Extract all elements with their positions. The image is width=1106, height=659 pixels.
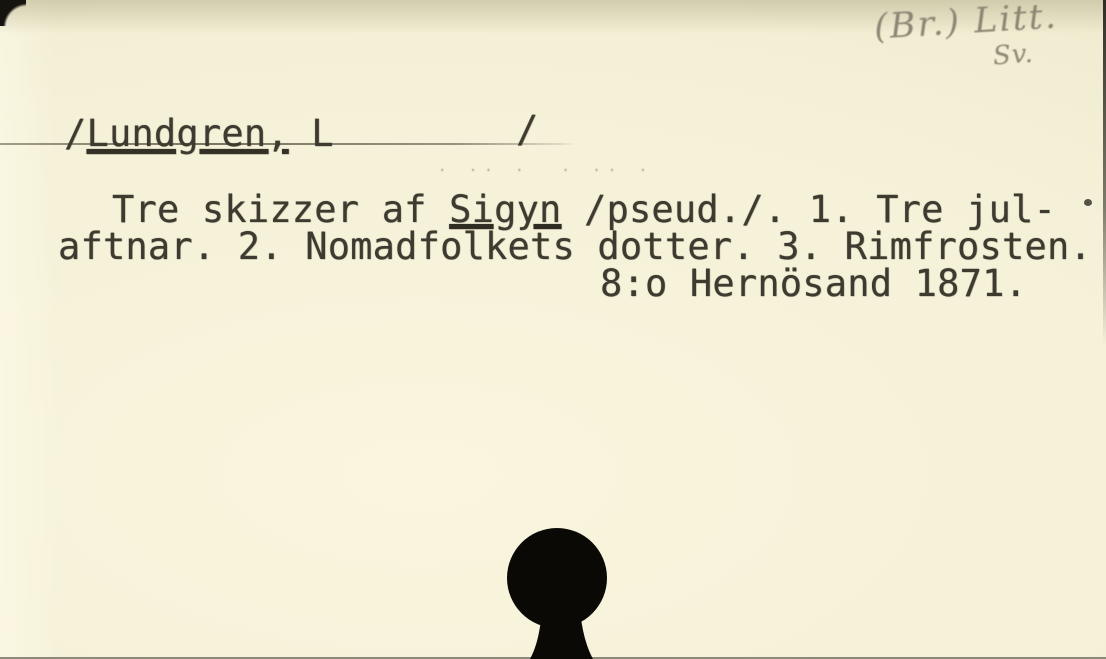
author-initial: L [289, 112, 334, 155]
author-name: Lundgren, [86, 112, 288, 155]
imprint-line: 8:o Hernösand 1871. [600, 265, 1027, 304]
ink-speck [1084, 199, 1092, 206]
handwritten-classification-line2: Sv. [992, 39, 1035, 72]
catalog-card: (Br.) Litt. Sv. /Lundgren, L / · ·· · · … [0, 0, 1106, 659]
author-heading: /Lundgren, L [64, 115, 334, 154]
hole-punch [496, 516, 620, 659]
card-corner-topleft [0, 0, 26, 26]
heading-open-slash: / [64, 112, 86, 155]
erased-type-marks: · ·· · · ·· · [438, 163, 654, 179]
heading-close-slash: / [516, 111, 538, 150]
